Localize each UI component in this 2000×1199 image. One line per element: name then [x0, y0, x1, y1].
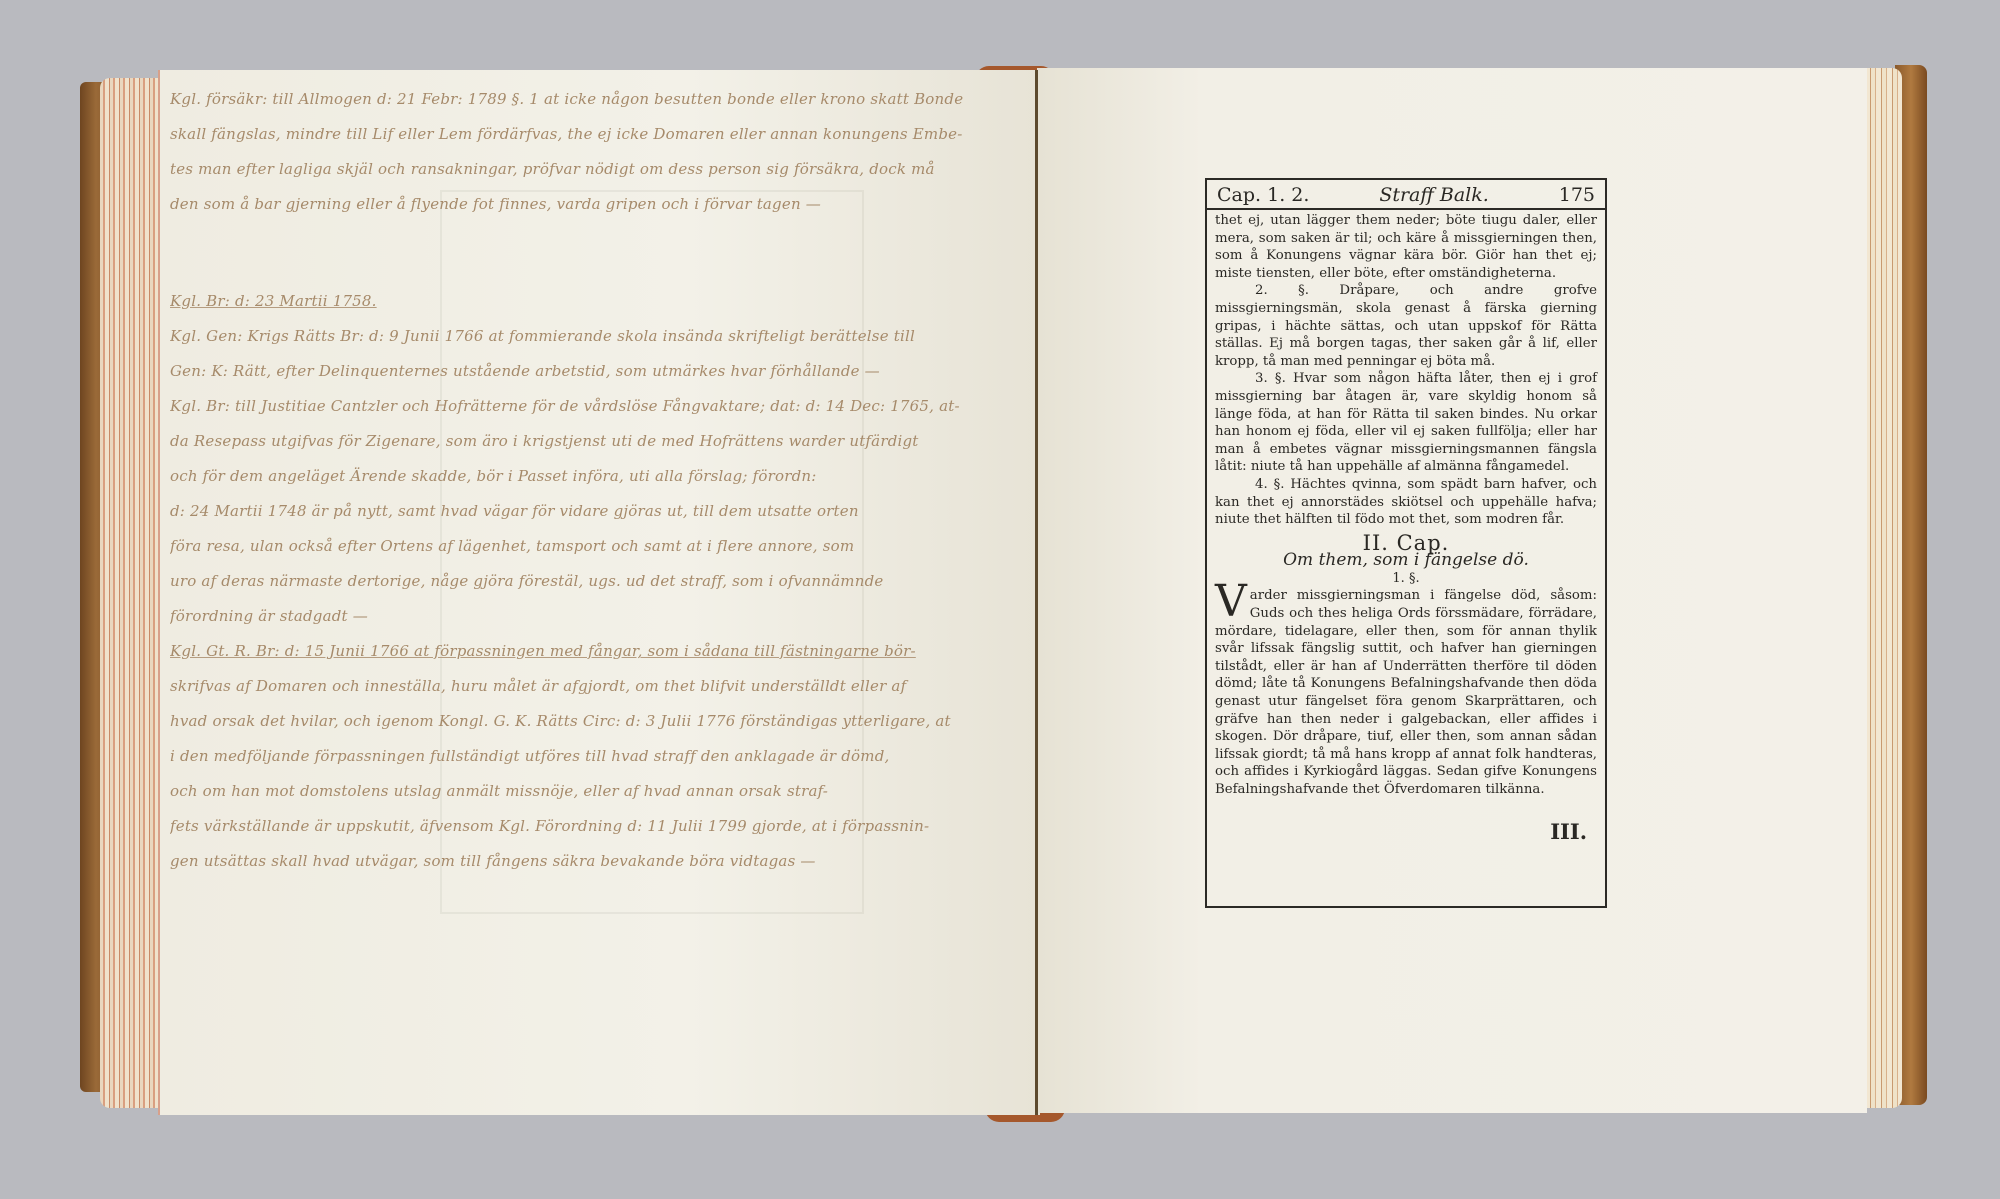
handwritten-notes: Kgl. försäkr: till Allmogen d: 21 Febr: … — [170, 82, 1000, 879]
hw-line: skrifvas af Domaren och inneställa, huru… — [170, 669, 1000, 704]
drop-cap: V — [1215, 583, 1247, 621]
hw-line: Kgl. Gt. R. Br: d: 15 Junii 1766 at förp… — [170, 634, 1000, 669]
chapter-reference: Cap. 1. 2. — [1217, 184, 1309, 206]
hw-line: i den medföljande förpassningen fullstän… — [170, 739, 1000, 774]
hw-line: Kgl. Gen: Krigs Rätts Br: d: 9 Junii 176… — [170, 319, 1000, 354]
hw-line: Kgl. Br: till Justitiae Cantzler och Hof… — [170, 389, 1000, 424]
hw-line: och för dem angeläget Ärende skadde, bör… — [170, 459, 1000, 494]
paragraph: 2. §. Dråpare, och andre grofve missgier… — [1215, 282, 1597, 370]
paragraph: 4. §. Hächtes qvinna, som spädt barn haf… — [1215, 476, 1597, 529]
catchword: III. — [1215, 823, 1597, 841]
chapter-subtitle: Om them, som i fängelse dö. — [1215, 552, 1597, 570]
hw-line: hvad orsak det hvilar, och igenom Kongl.… — [170, 704, 1000, 739]
paragraph: thet ej, utan lägger them neder; böte ti… — [1215, 212, 1597, 282]
chapter2-text: arder missgierningsman i fängelse död, s… — [1215, 588, 1597, 797]
hw-line: gen utsättas skall hvad utvägar, som til… — [170, 844, 1000, 879]
book-gutter — [1035, 70, 1038, 1115]
hw-line: tes man efter lagliga skjäl och ransakni… — [170, 152, 1000, 187]
hw-line: Kgl. Br: d: 23 Martii 1758. — [170, 284, 1000, 319]
running-header: Cap. 1. 2. Straff Balk. 175 — [1207, 180, 1605, 210]
hw-line: Gen: K: Rätt, efter Delinquenternes utst… — [170, 354, 1000, 389]
page-number: 175 — [1559, 184, 1595, 206]
hw-line: den som å bar gjerning eller å flyende f… — [170, 187, 1000, 222]
hw-line: Kgl. försäkr: till Allmogen d: 21 Febr: … — [170, 82, 1000, 117]
paragraph: Varder missgierningsman i fängelse död, … — [1215, 587, 1597, 798]
hw-line: da Resepass utgifvas för Zigenare, som ä… — [170, 424, 1000, 459]
hw-line: föra resa, ulan också efter Ortens af lä… — [170, 529, 1000, 564]
printed-body: thet ej, utan lägger them neder; böte ti… — [1207, 210, 1605, 842]
hw-line: skall fängslas, mindre till Lif eller Le… — [170, 117, 1000, 152]
hw-line: d: 24 Martii 1748 är på nytt, samt hvad … — [170, 494, 1000, 529]
hw-line: och om han mot domstolens utslag anmält … — [170, 774, 1000, 809]
running-title: Straff Balk. — [1379, 184, 1488, 206]
paragraph: 3. §. Hvar som någon häfta låter, then e… — [1215, 370, 1597, 476]
page-edges-left — [100, 78, 162, 1108]
section-mark: 1. §. — [1215, 570, 1597, 588]
hw-line: fets värkställande är uppskutit, äfvenso… — [170, 809, 1000, 844]
hw-line: förordning är stadgadt — — [170, 599, 1000, 634]
printed-text-block: Cap. 1. 2. Straff Balk. 175 thet ej, uta… — [1205, 178, 1607, 908]
hw-line: uro af deras närmaste dertorige, någe gj… — [170, 564, 1000, 599]
